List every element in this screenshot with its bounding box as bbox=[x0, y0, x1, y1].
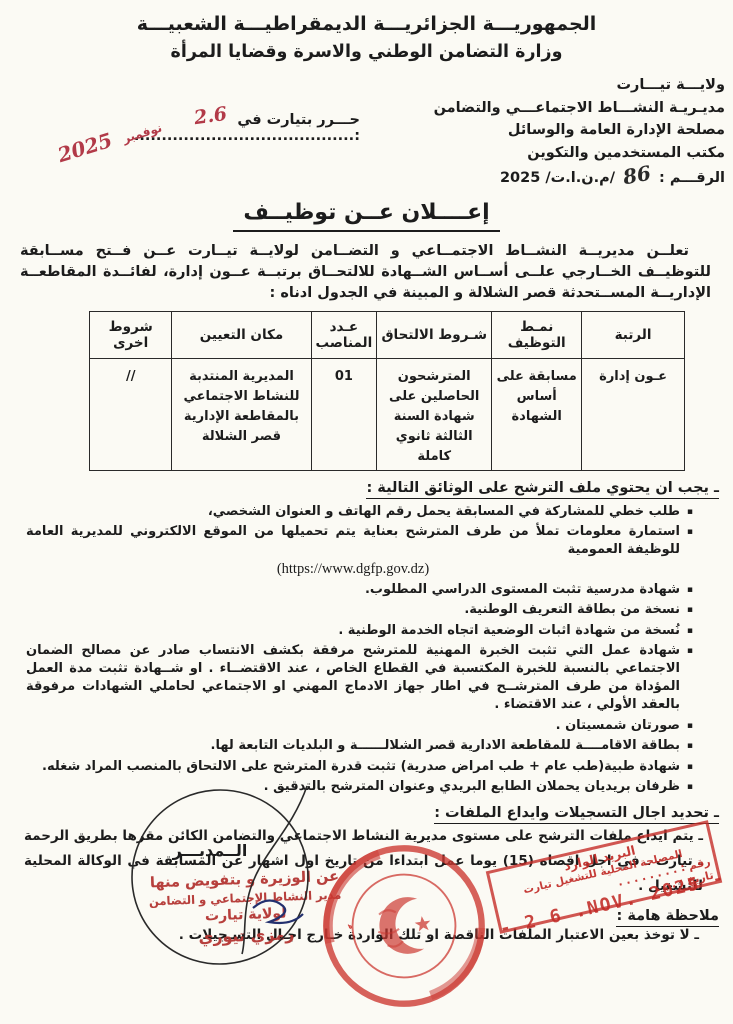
table-header-row: الرتبة نمـط التوظيف شـروط الالتحاق عـدد … bbox=[90, 311, 685, 358]
documents-list: طلب خطي للمشاركة في المسابقة يحمل رقم ال… bbox=[0, 503, 707, 797]
header-conditions: شـروط الالتحاق bbox=[377, 311, 492, 358]
doc-item: ظرفان بريديان يحملان الطابع البريدي وعنو… bbox=[26, 778, 693, 796]
header-recruitment-mode: نمـط التوظيف bbox=[492, 311, 582, 358]
dgfp-url: (https://www.dgfp.gov.dz) bbox=[26, 560, 680, 578]
table-row: عـون إدارة مسابقة على أساس الشهادة المتر… bbox=[90, 358, 685, 470]
doc-item: استمارة معلومات تملأ من طرف المترشح بعنا… bbox=[26, 523, 693, 578]
doc-item: طلب خطي للمشاركة في المسابقة يحمل رقم ال… bbox=[26, 503, 693, 521]
reference-line: الرقـــم : 86 /م.ن.ا.ت/ 2025 bbox=[0, 164, 725, 190]
reference-suffix: /م.ن.ا.ت/ 2025 bbox=[500, 170, 615, 186]
cell-other-conditions: // bbox=[90, 358, 172, 470]
handwritten-day: 2.6 bbox=[193, 103, 229, 129]
deadline-section-title: ـ تحديد اجال التسجيلات وايداع الملفات : bbox=[0, 805, 719, 821]
intro-paragraph: تعلــن مديريــة النشــاط الاجتمــاعي و ا… bbox=[20, 241, 711, 304]
doc-item: شهادة مدرسية تثبت المستوى الدراسي المطلو… bbox=[26, 581, 693, 599]
date-dotted-line: ........................................ bbox=[134, 128, 354, 144]
doc-item: شهادة عمل التي تثبت الخبرة المهنية للمتر… bbox=[26, 642, 693, 714]
cell-rank: عـون إدارة bbox=[582, 358, 685, 470]
scanned-job-announcement: الجمهوريـــة الجزائريـــة الديمقراطيـــة… bbox=[0, 0, 733, 1024]
doc-item: نسخة من بطاقة التعريف الوطنية. bbox=[26, 601, 693, 619]
header-rank: الرتبة bbox=[582, 311, 685, 358]
republic-title: الجمهوريـــة الجزائريـــة الديمقراطيـــة… bbox=[0, 13, 733, 35]
cell-recruitment-mode: مسابقة على أساس الشهادة bbox=[492, 358, 582, 470]
crescent-icon bbox=[376, 896, 425, 958]
documents-section-title: ـ يجب ان يحتوي ملف الترشح على الوثائق ال… bbox=[0, 480, 719, 496]
doc-item: بطاقة الاقامــــة للمقاطعة الادارية قصر … bbox=[26, 737, 693, 755]
director-label: الــمديـــر bbox=[150, 841, 270, 860]
ministry-title: وزارة التضامن الوطني والاسرة وقضايا المر… bbox=[0, 42, 733, 62]
date-line: حـــرر بتيارت في :......................… bbox=[42, 112, 360, 144]
page-title: إعــــلان عــن توظيــف bbox=[233, 200, 499, 232]
header-assignment-place: مكان التعيين bbox=[172, 311, 311, 358]
header-positions-count: عـدد المناصب bbox=[311, 311, 377, 358]
cell-conditions: المترشحون الحاصلين على شهادة السنة الثال… bbox=[377, 358, 492, 470]
header-other-conditions: شروط اخرى bbox=[90, 311, 172, 358]
star-icon bbox=[414, 915, 432, 932]
job-table: الرتبة نمـط التوظيف شـروط الالتحاق عـدد … bbox=[89, 311, 685, 471]
reference-number-handwritten: 86 bbox=[618, 161, 655, 189]
wilaya-line: ولايـــة تيـــارت bbox=[0, 74, 725, 97]
doc-item: شهادة طبية(طب عام + طب امراض صدرية) تثبت… bbox=[26, 758, 693, 776]
doc-item: صورتان شمسيتان . bbox=[26, 717, 693, 735]
cell-positions-count: 01 bbox=[311, 358, 377, 470]
cell-assignment-place: المديرية المنتدبة للنشاط الاجتماعي بالمق… bbox=[172, 358, 311, 470]
document-header: الجمهوريـــة الجزائريـــة الديمقراطيـــة… bbox=[0, 0, 733, 62]
doc-item: نُسخة من شهادة اثبات الوضعية اتجاه الخدم… bbox=[26, 622, 693, 640]
reference-label: الرقـــم : bbox=[659, 170, 725, 186]
official-round-stamp: ✶ الجمهورية الجزائرية الديمقراطية الشعبي… bbox=[309, 831, 499, 1021]
